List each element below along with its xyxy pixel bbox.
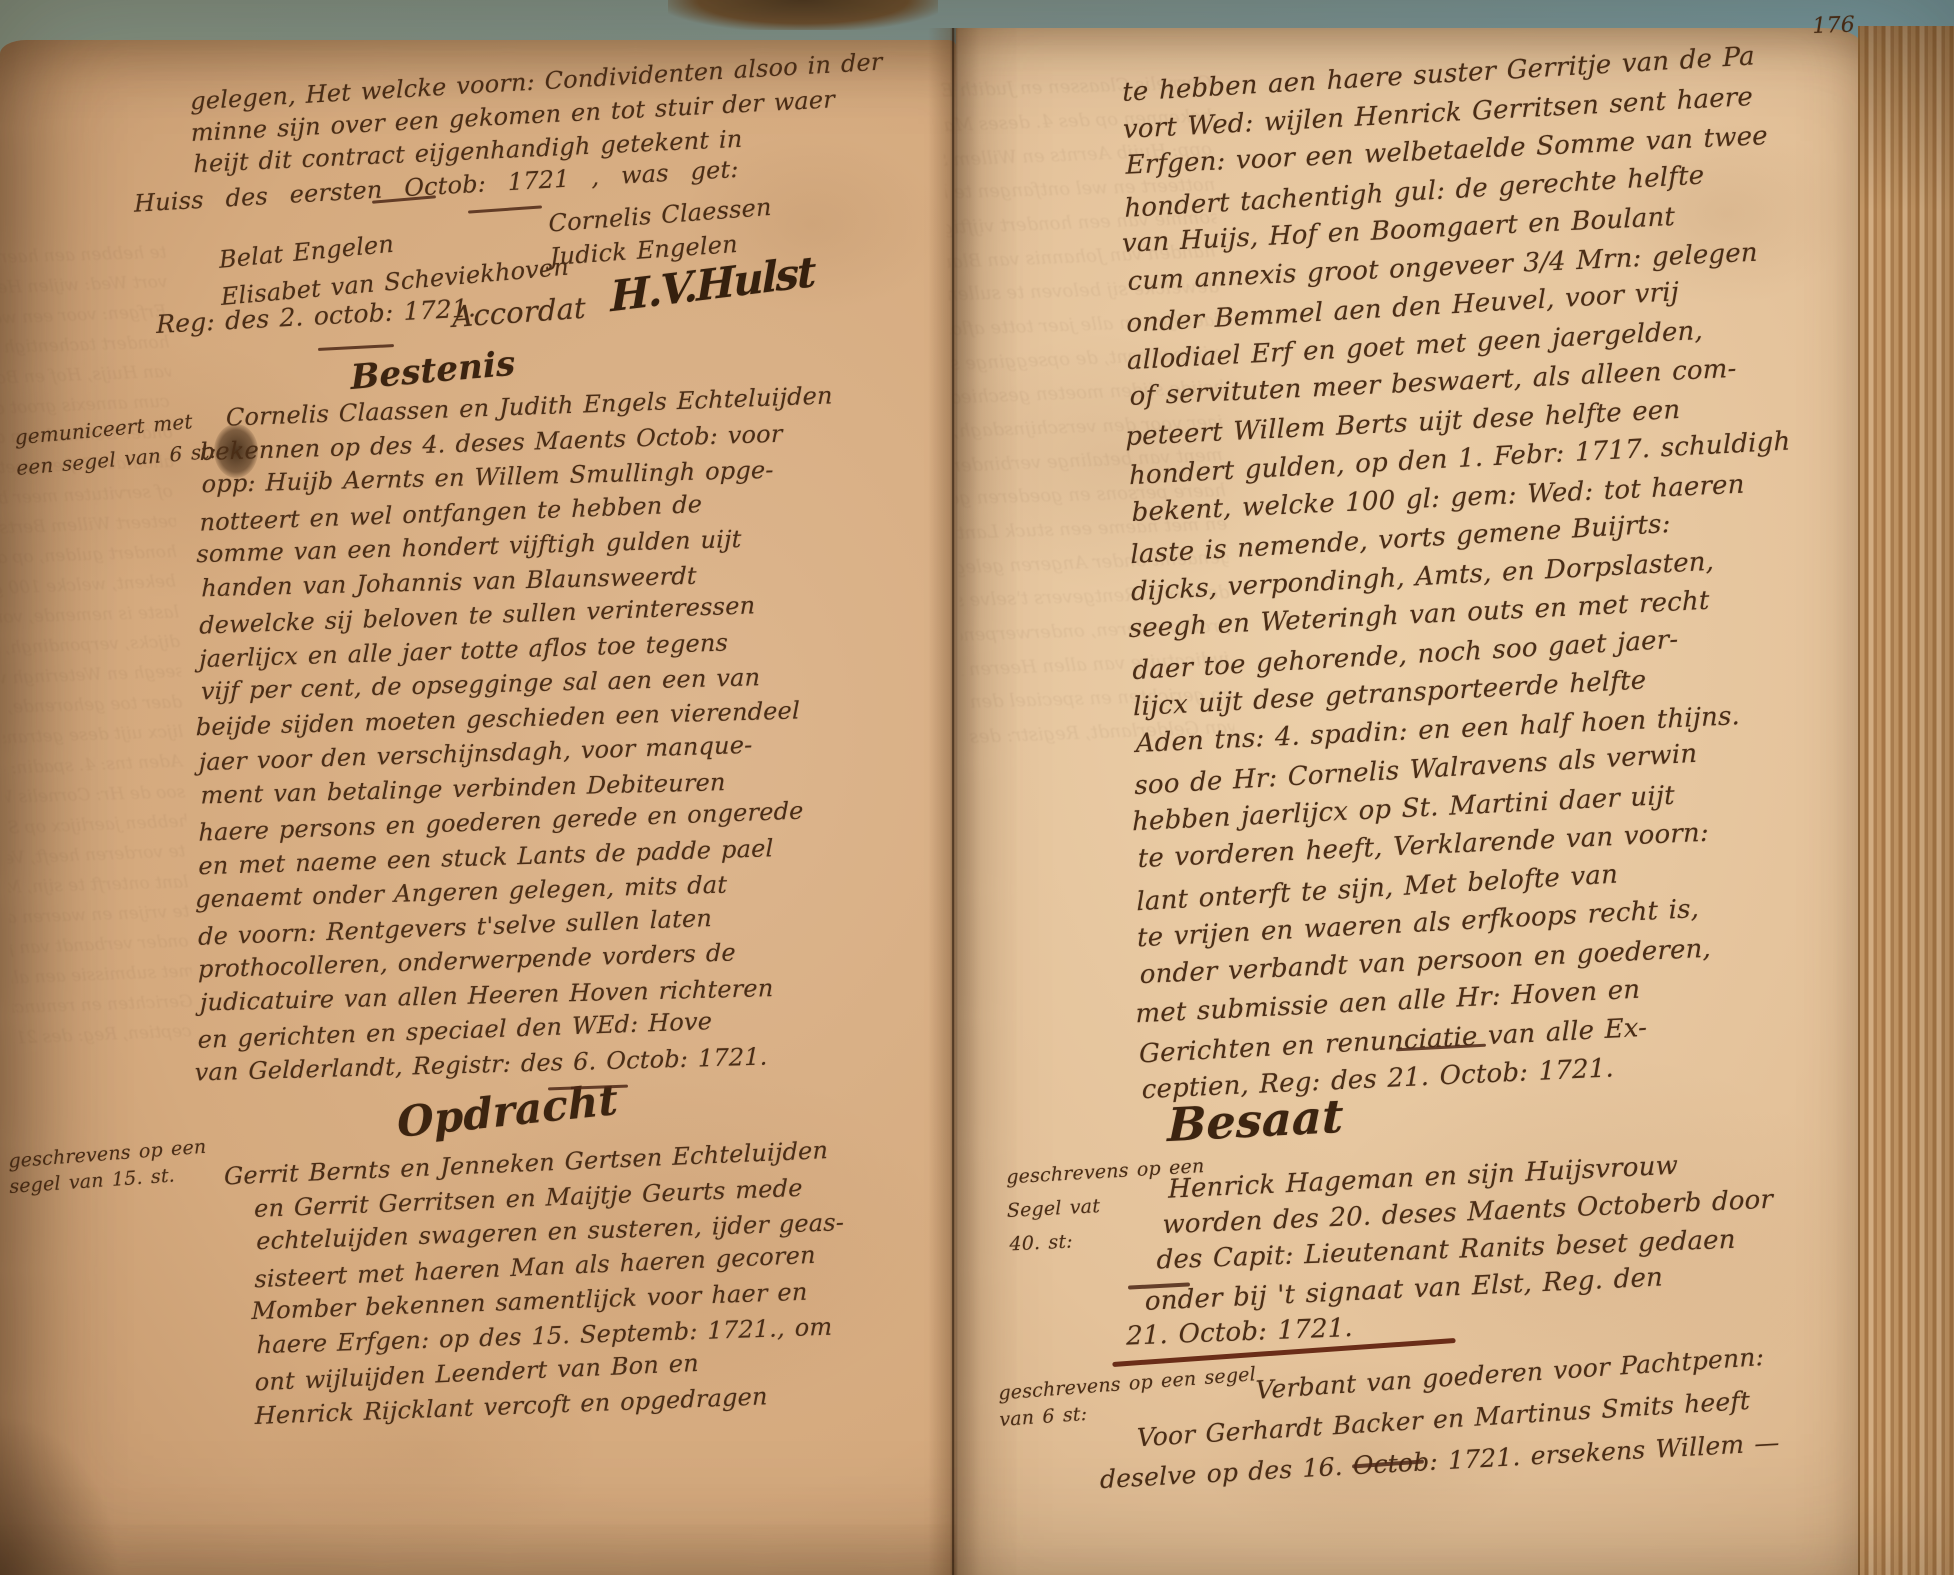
right-margin-note-1: geschrevens op eenSegel vat40. st: (1006, 1151, 1178, 1262)
right-body-paragraph-1: te hebben aen haere suster Gerritje van … (1122, 35, 1849, 1112)
book-headband (668, 0, 938, 30)
book-gutter (928, 28, 980, 1575)
right-body-paragraph-2: Henrick Hageman en sijn Huijsvrouwworden… (1168, 1142, 1829, 1355)
section-heading-besaat: Besaat (1167, 1089, 1344, 1152)
manuscript-photo: te hebben aen haere suster Gerritje van … (0, 0, 1954, 1575)
bottom-left-shadow (0, 1415, 120, 1575)
left-body-paragraph-2: Gerrit Bernts en Jenneken Gertsen Echtel… (224, 1137, 785, 1435)
left-body-paragraph-1: Cornelis Claassen en Judith Engels Echte… (198, 382, 775, 1090)
